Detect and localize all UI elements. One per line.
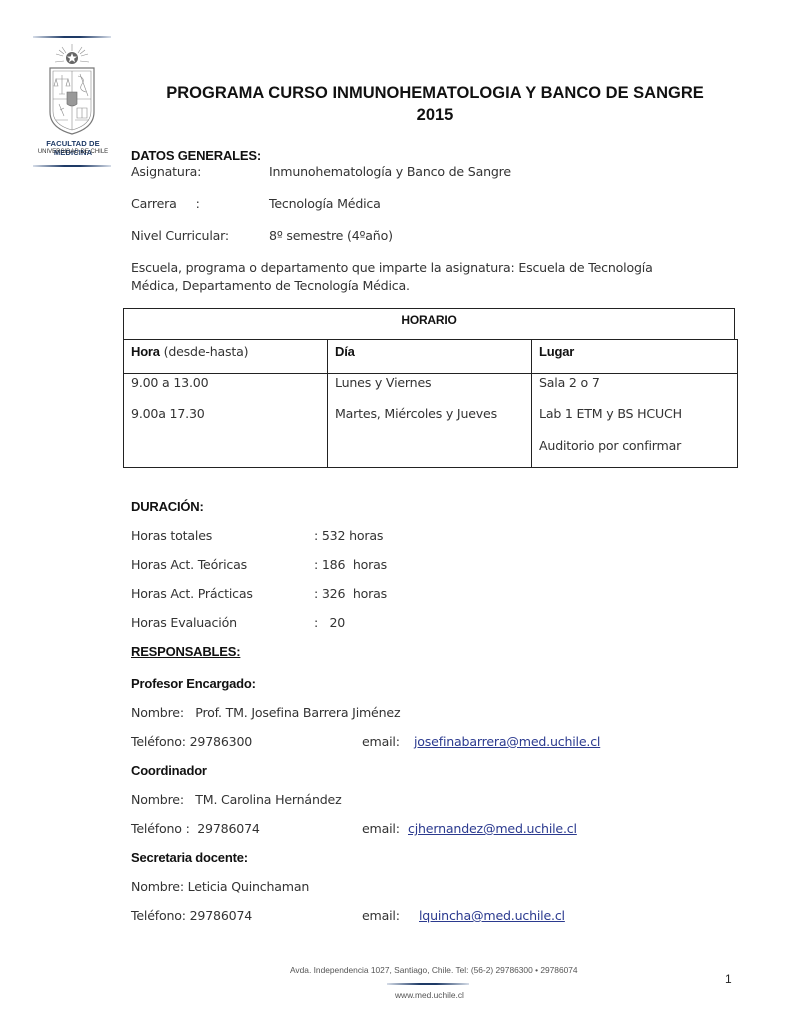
- page-title: PROGRAMA CURSO INMUNOHEMATOLOGIA Y BANCO…: [130, 82, 740, 126]
- horario-header-box: HORARIO: [123, 308, 735, 340]
- carrera-value: Tecnología Médica: [269, 196, 381, 211]
- responsables-heading: RESPONSABLES:: [131, 644, 240, 659]
- title-year: 2015: [130, 104, 740, 126]
- escuela-line-2: Médica, Departamento de Tecnología Médic…: [131, 278, 410, 293]
- asignatura-label: Asignatura:: [131, 164, 201, 179]
- page-number: 1: [725, 972, 732, 986]
- nivel-curricular-value: 8º semestre (4ºaño): [269, 228, 393, 243]
- footer-address: Avda. Independencia 1027, Santiago, Chil…: [290, 965, 578, 975]
- horario-heading: HORARIO: [124, 313, 734, 328]
- horas-evaluacion-label: Horas Evaluación: [131, 615, 237, 630]
- column-header-dia: Día: [335, 344, 355, 359]
- horas-practicas-label: Horas Act. Prácticas: [131, 586, 253, 601]
- profesor-email-link[interactable]: josefinabarrera@med.uchile.cl: [414, 734, 600, 749]
- duracion-heading: DURACIÓN:: [131, 499, 204, 514]
- datos-generales-heading: DATOS GENERALES:: [131, 148, 261, 163]
- table-cell: 9.00 a 13.00: [131, 375, 208, 390]
- coordinador-telefono: Teléfono : 29786074: [131, 821, 260, 836]
- column-header-hora-bold: Hora: [131, 344, 160, 359]
- asignatura-value: Inmunohematología y Banco de Sangre: [269, 164, 511, 179]
- table-cell: Martes, Miércoles y Jueves: [335, 406, 497, 421]
- title-line-1: PROGRAMA CURSO INMUNOHEMATOLOGIA Y BANCO…: [130, 82, 740, 104]
- table-cell: Lab 1 ETM y BS HCUCH: [539, 406, 682, 421]
- horas-practicas-value: : 326 horas: [314, 586, 387, 601]
- col-divider: [531, 340, 532, 467]
- horas-teoricas-label: Horas Act. Teóricas: [131, 557, 247, 572]
- horas-teoricas-value: : 186 horas: [314, 557, 387, 572]
- column-header-hora: Hora (desde-hasta): [131, 344, 248, 359]
- profesor-heading: Profesor Encargado:: [131, 676, 256, 691]
- secretaria-email-label: email:: [362, 908, 400, 923]
- footer-divider: [387, 983, 469, 985]
- column-header-lugar: Lugar: [539, 344, 574, 359]
- escuela-line-1: Escuela, programa o departamento que imp…: [131, 260, 653, 275]
- coordinador-heading: Coordinador: [131, 763, 207, 778]
- nivel-curricular-label: Nivel Curricular:: [131, 228, 229, 243]
- coordinador-email-label: email:: [362, 821, 400, 836]
- column-header-hora-rest: (desde-hasta): [160, 344, 249, 359]
- table-cell: 9.00a 17.30: [131, 406, 205, 421]
- logo-top-divider: [33, 36, 111, 38]
- profesor-email-label: email:: [362, 734, 400, 749]
- horas-evaluacion-value: : 20: [314, 615, 345, 630]
- university-name: UNIVERSIDAD DE CHILE: [30, 149, 116, 155]
- coordinador-nombre: Nombre: TM. Carolina Hernández: [131, 792, 341, 807]
- profesor-nombre: Nombre: Prof. TM. Josefina Barrera Jimén…: [131, 705, 400, 720]
- table-cell: Sala 2 o 7: [539, 375, 600, 390]
- table-cell: Auditorio por confirmar: [539, 438, 681, 453]
- table-cell: Lunes y Viernes: [335, 375, 431, 390]
- university-crest-icon: [42, 42, 102, 136]
- profesor-telefono: Teléfono: 29786300: [131, 734, 252, 749]
- coordinador-email-link[interactable]: cjhernandez@med.uchile.cl: [408, 821, 577, 836]
- secretaria-heading: Secretaria docente:: [131, 850, 248, 865]
- col-divider: [327, 340, 328, 467]
- footer-website: www.med.uchile.cl: [395, 990, 464, 1000]
- carrera-label: Carrera :: [131, 196, 200, 211]
- horas-totales-value: : 532 horas: [314, 528, 383, 543]
- secretaria-email-link[interactable]: lquincha@med.uchile.cl: [419, 908, 565, 923]
- faculty-logo: FACULTAD DE MEDICINA UNIVERSIDAD DE CHIL…: [30, 36, 112, 171]
- secretaria-telefono: Teléfono: 29786074: [131, 908, 252, 923]
- logo-bottom-divider: [33, 165, 111, 167]
- horas-totales-label: Horas totales: [131, 528, 212, 543]
- horario-table: Hora (desde-hasta) Día Lugar 9.00 a 13.0…: [123, 339, 738, 468]
- row-divider: [124, 373, 737, 374]
- secretaria-nombre: Nombre: Leticia Quinchaman: [131, 879, 309, 894]
